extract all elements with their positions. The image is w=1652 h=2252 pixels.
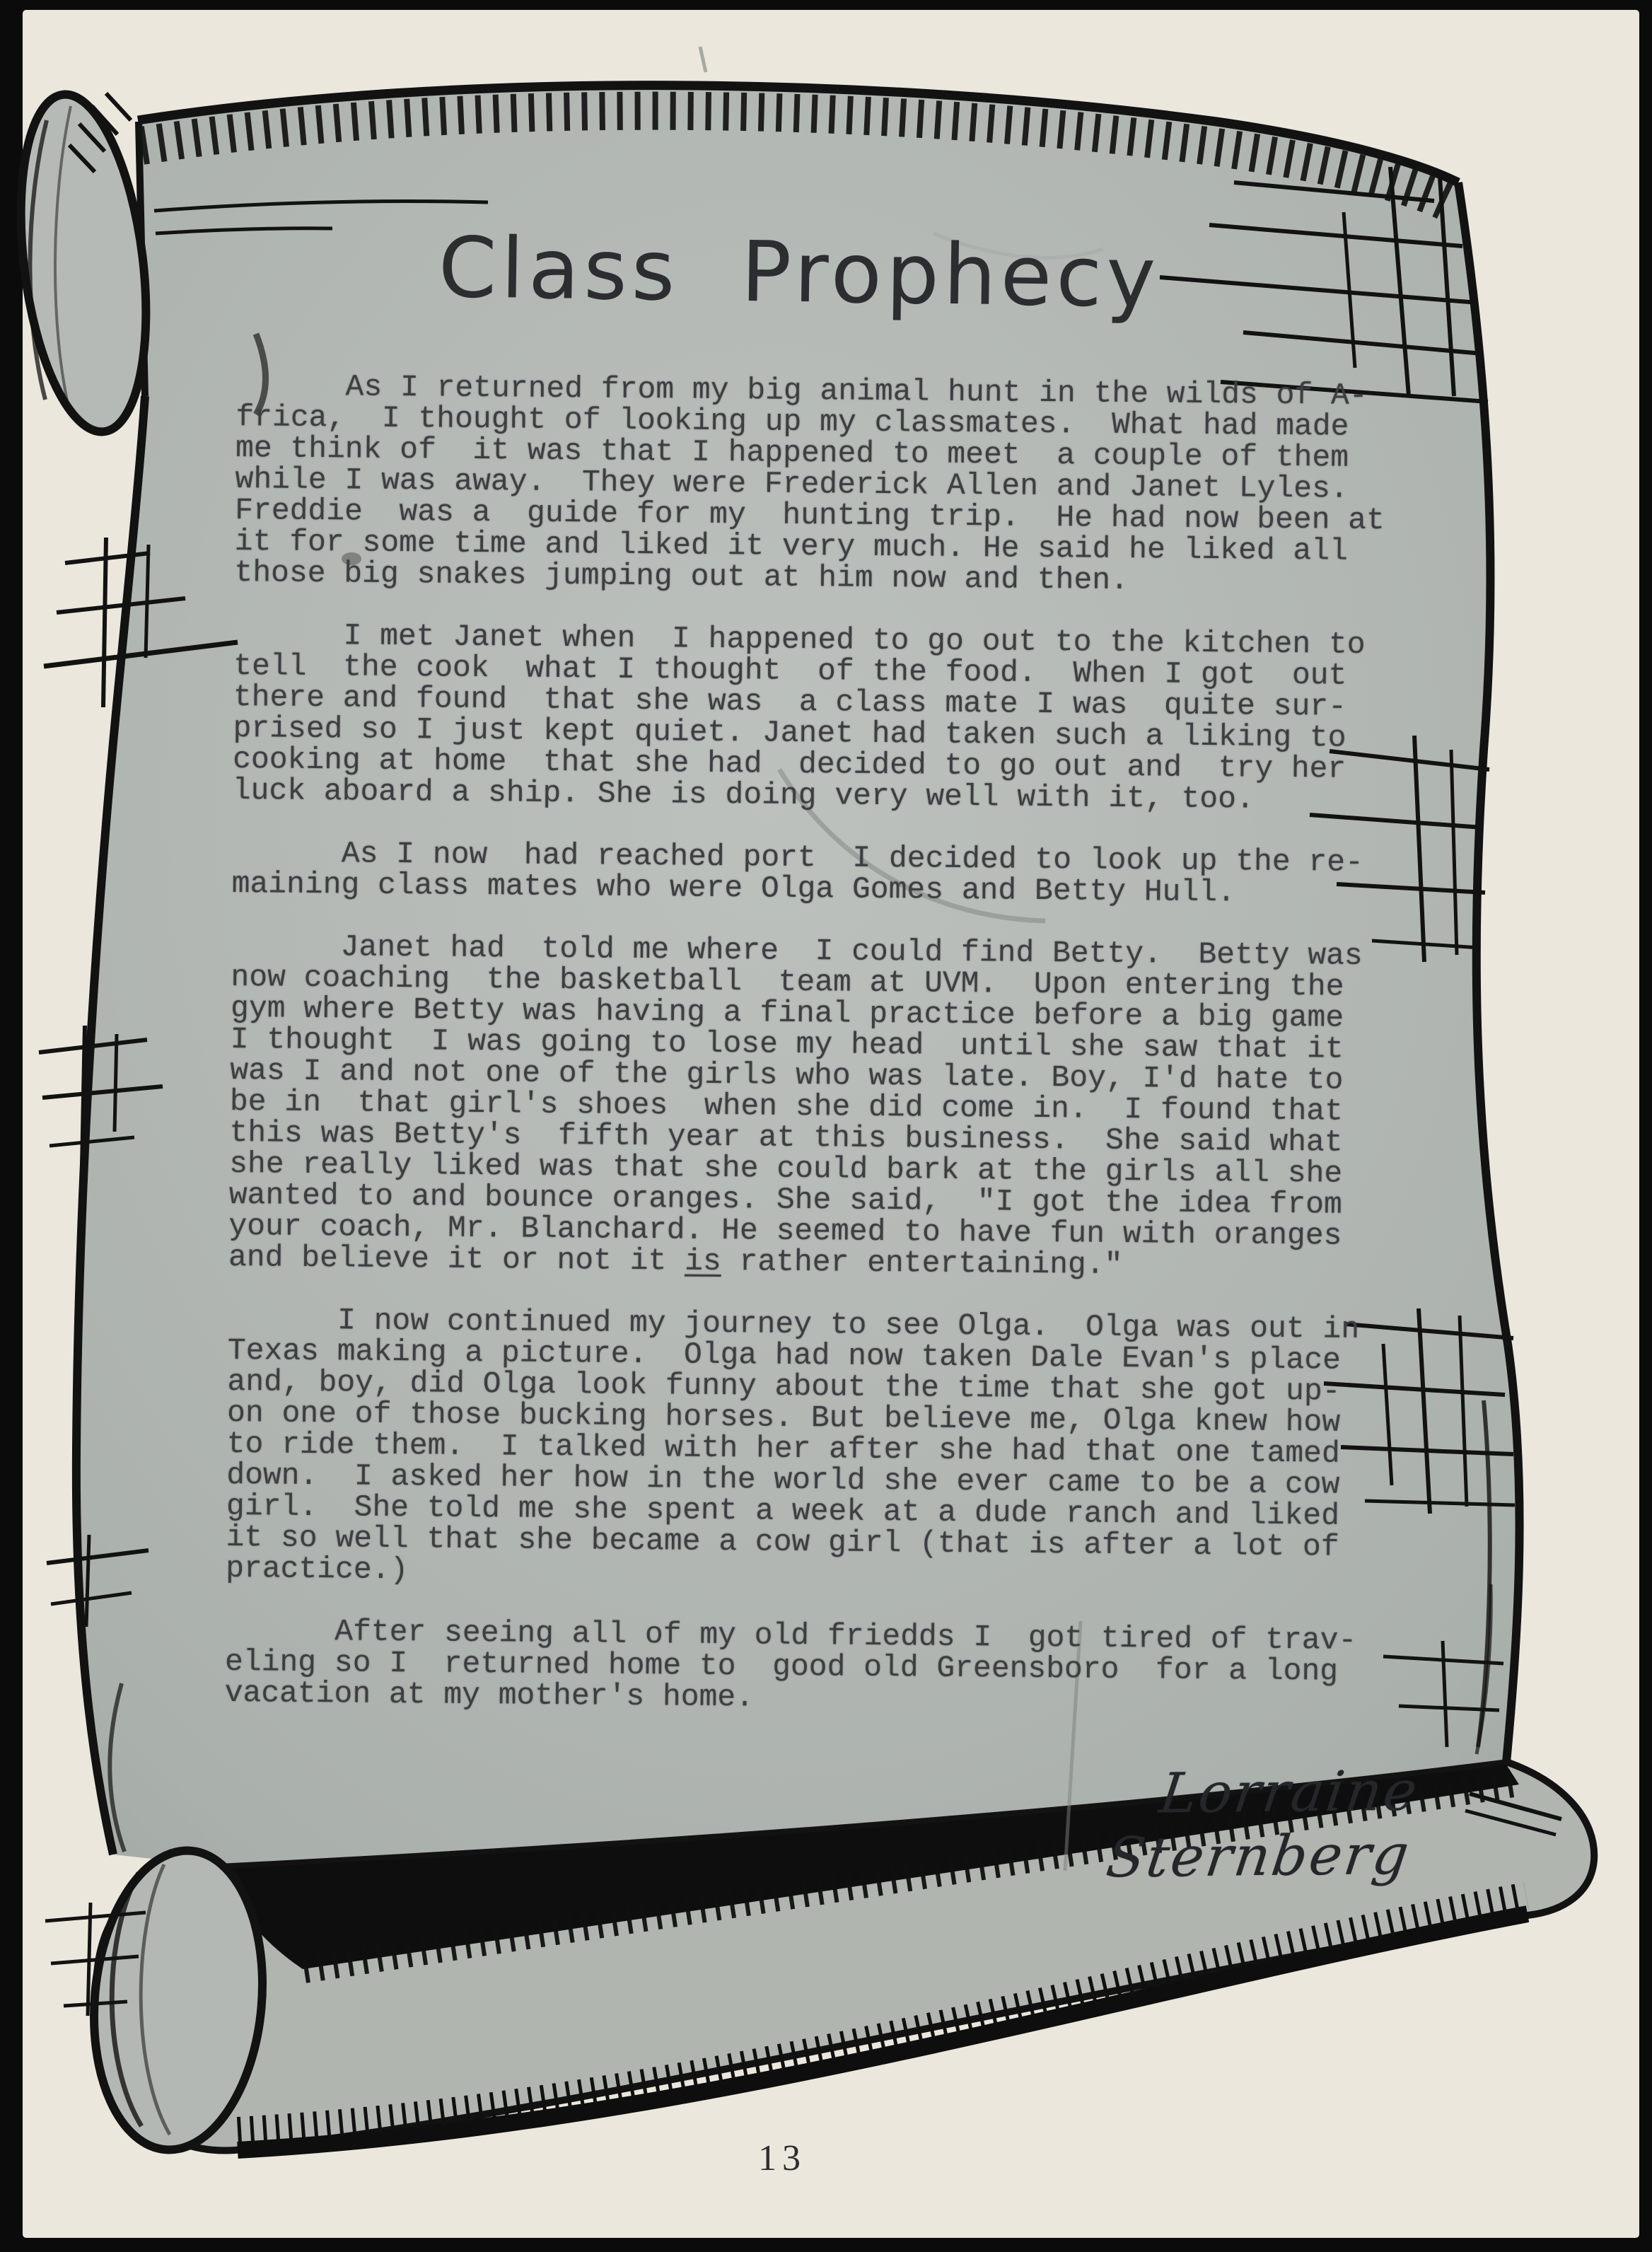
prophecy-text: As I returned from my big animal hunt in… [224, 371, 1481, 1751]
paragraph: I met Janet when I happened to go out to… [233, 620, 1479, 817]
paragraph: Janet had told me where I could find Bet… [228, 931, 1476, 1284]
scanned-yearbook-page: Class Prophecy As I returned from my big… [0, 0, 1652, 2252]
paragraph: As I returned from my big animal hunt in… [234, 371, 1481, 599]
paragraph: I now continued my journey to see Olga. … [226, 1304, 1472, 1595]
page-number: 13 [0, 2137, 1564, 2179]
author-signature: Lorraine Sternberg [826, 1760, 1422, 1893]
paragraph: As I now had reached port I decided to l… [231, 837, 1477, 910]
paragraph: After seeing all of my old friedds I got… [224, 1615, 1470, 1719]
